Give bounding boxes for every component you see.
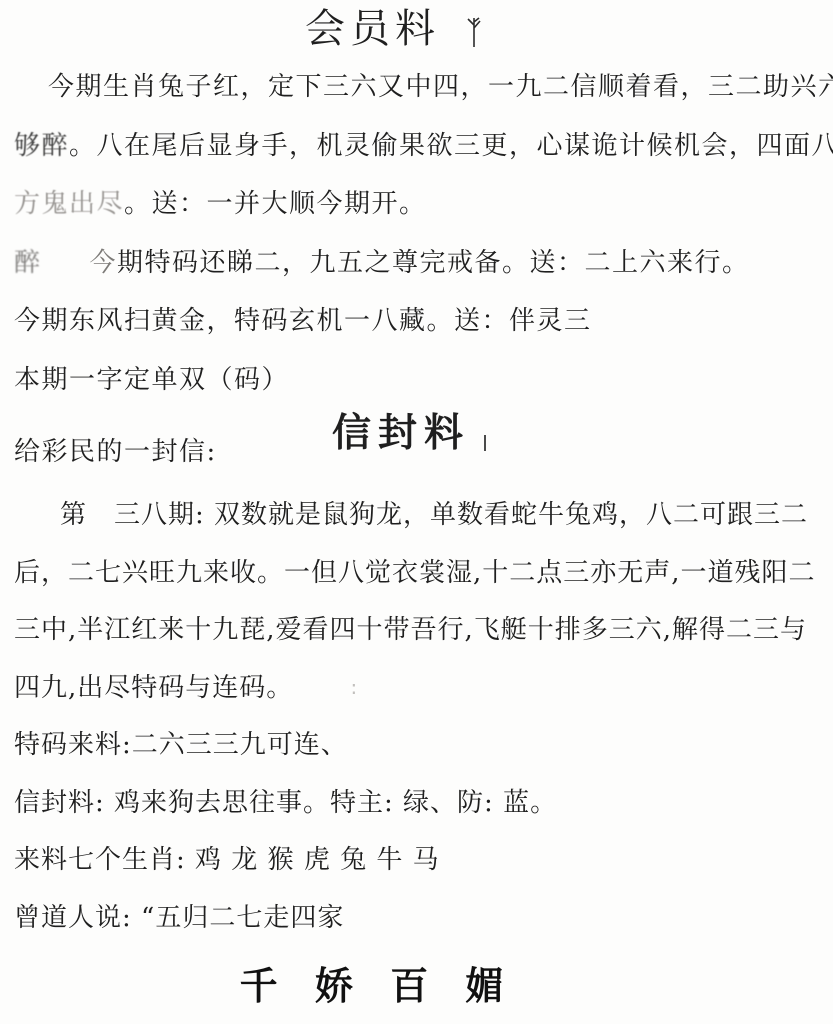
- text-line: 今期东风扫黄金，特码玄机一八藏。送：伴灵三: [14, 292, 817, 351]
- line-text: 特码来料:二六三三九可连、: [14, 730, 348, 760]
- text-line: 第 三八期: 双数就是鼠狗龙，单数看蛇牛兔鸡，八二可跟三二: [14, 487, 817, 545]
- envelope-paragraph: 第 三八期: 双数就是鼠狗龙，单数看蛇牛兔鸡，八二可跟三二 后，二七兴旺九来收。…: [14, 487, 817, 947]
- line-text: 。送：一并大顺今期开。: [124, 189, 427, 219]
- text-line: 四九,出尽特码与连码。∶: [14, 660, 817, 718]
- line-text: 第 三八期: 双数就是鼠狗龙，单数看蛇牛兔鸡，八二可跟三二: [60, 500, 808, 530]
- line-text: 今期东风扫黄金，特码玄机一八藏。送：伴灵三: [14, 306, 592, 336]
- text-line: 够醉。八在尾后显身手，机灵偷果欲三更，心谋诡计候机会，四面八: [14, 117, 817, 176]
- line-text: 后，二七兴旺九来收。一但八觉衣裳湿,十二点三亦无声,一道残阳二: [14, 558, 816, 588]
- line-text: 信封料: 鸡来狗去思往事。特主: 绿、防: 蓝。: [14, 788, 557, 818]
- text-line: 信封料: 鸡来狗去思往事。特主: 绿、防: 蓝。: [14, 775, 817, 833]
- faded-text: 今: [90, 248, 118, 278]
- smudged-text: 够醉: [14, 131, 69, 161]
- line-text: 曾道人说: “五归二七走四家: [14, 903, 344, 933]
- faint-speck: ∶: [293, 677, 356, 701]
- text-line: 醉今期特码还睇二，九五之尊完戒备。送：二上六来行。: [14, 234, 817, 293]
- faded-text: 方鬼出尽: [14, 189, 124, 219]
- text-line: 本期一字定单双（码）: [14, 351, 817, 410]
- text-line: 来料七个生肖: 鸡 龙 猴 虎 兔 牛 马: [14, 832, 817, 890]
- line-text: 来料七个生肖: 鸡 龙 猴 虎 兔 牛 马: [14, 845, 440, 875]
- letter-lead-text: 给彩民的一封信:: [14, 431, 217, 468]
- bottom-section-title: 千 娇 百 媚: [0, 963, 779, 1009]
- members-title-row: 会员料: [14, 2, 817, 58]
- members-section-title: 会员料: [305, 2, 440, 56]
- line-text: 期特码还睇二，九五之尊完戒备。送：二上六来行。: [117, 248, 750, 278]
- text-line: 特码来料:二六三三九可连、: [14, 717, 817, 775]
- vertical-tick-mark-icon: [484, 435, 486, 451]
- line-text: 今期生肖兔子红，定下三六又中四，一九二信顺着看，三二助兴六: [48, 72, 833, 102]
- envelope-section-title: 信封料: [332, 409, 470, 457]
- text-line: 今期生肖兔子红，定下三六又中四，一九二信顺着看，三二助兴六: [14, 58, 817, 117]
- scanned-page: 会员料 今期生肖兔子红，定下三六又中四，一九二信顺着看，三二助兴六 够醉。八在尾…: [0, 0, 833, 1024]
- text-line: 三中,半江红来十九琵,爱看四十带吾行,飞艇十排多三六,解得二三与: [14, 602, 817, 660]
- ink-smudge-mark-icon: [466, 16, 482, 50]
- text-line: 曾道人说: “五归二七走四家: [14, 890, 817, 948]
- line-text: 。八在尾后显身手，机灵偷果欲三更，心谋诡计候机会，四面八: [69, 131, 833, 161]
- line-text: 四九,出尽特码与连码。: [14, 673, 293, 703]
- members-paragraph: 今期生肖兔子红，定下三六又中四，一九二信顺着看，三二助兴六 够醉。八在尾后显身手…: [14, 58, 817, 409]
- text-line: 后，二七兴旺九来收。一但八觉衣裳湿,十二点三亦无声,一道残阳二: [14, 545, 817, 603]
- line-text: 本期一字定单双（码）: [14, 365, 289, 395]
- stray-character: 醉: [14, 248, 42, 278]
- envelope-title-row: 给彩民的一封信: 信封料: [14, 409, 817, 475]
- text-line: 方鬼出尽。送：一并大顺今期开。: [14, 175, 817, 234]
- line-text: 三中,半江红来十九琵,爱看四十带吾行,飞艇十排多三六,解得二三与: [14, 615, 807, 645]
